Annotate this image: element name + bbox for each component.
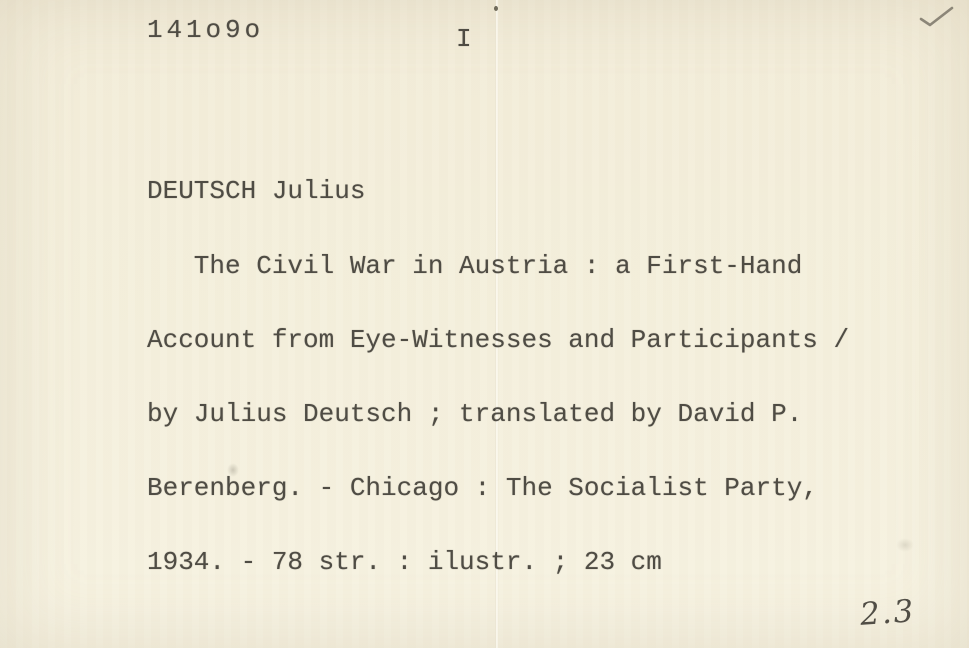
checkmark-icon xyxy=(918,4,956,30)
entry-title-continuation: Account from Eye-Witnesses and Participa… xyxy=(147,328,849,353)
entry-heading-author: DEUTSCH Julius xyxy=(147,179,849,204)
entry-publication-line: Berenberg. - Chicago : The Socialist Par… xyxy=(147,476,849,501)
bibliographic-entry: DEUTSCH Julius The Civil War in Austria … xyxy=(147,130,849,624)
handwritten-note: 2.3 xyxy=(859,593,917,633)
catalog-card: 141o9o I DEUTSCH Julius The Civil War in… xyxy=(0,0,969,648)
section-numeral: I xyxy=(456,26,472,52)
entry-statement-of-responsibility: by Julius Deutsch ; translated by David … xyxy=(147,402,849,427)
paper-speck xyxy=(494,6,498,11)
paper-smudge xyxy=(896,538,914,552)
entry-physical-description: 1934. - 78 str. : ilustr. ; 23 cm xyxy=(147,550,849,575)
entry-title-line: The Civil War in Austria : a First-Hand xyxy=(147,254,849,279)
call-number: 141o9o xyxy=(147,17,264,43)
